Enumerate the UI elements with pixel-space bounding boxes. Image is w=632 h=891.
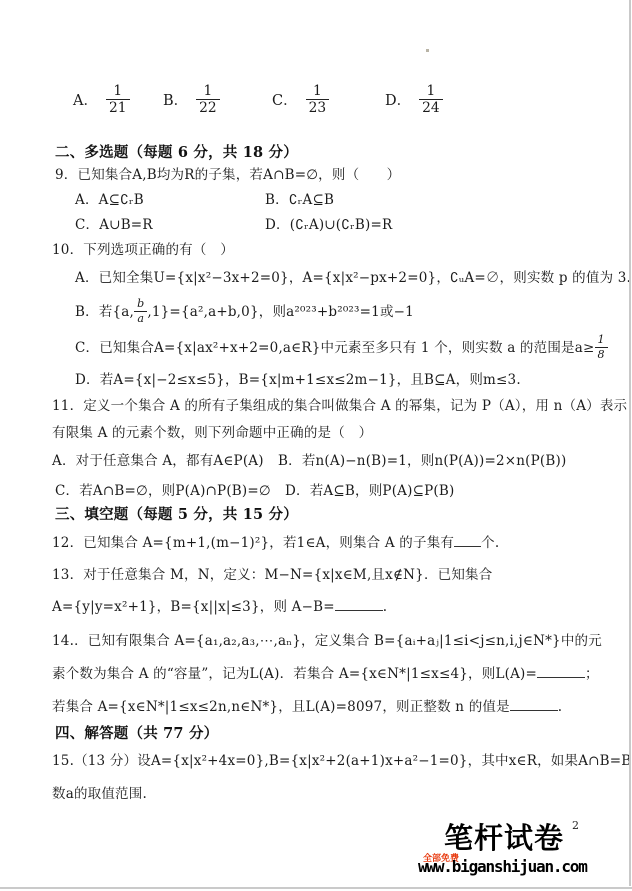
- question-9-stem: 9．已知集合A,B均为R的子集，若A∩B=∅，则（ ）: [55, 163, 400, 183]
- option-label: C．: [272, 89, 298, 110]
- question-9-option-b: B．∁ᵣA⊆B: [265, 188, 334, 208]
- fraction-b-over-a: ba: [134, 298, 147, 324]
- question-10-option-b: B．若{a,ba,1}={a²,a+b,0}，则a²⁰²³+b²⁰²³=1或−1: [75, 298, 414, 324]
- question-11-option-c: C．若A∩B=∅，则P(A)∩P(B)=∅: [55, 479, 271, 499]
- question-10-option-a: A．已知全集U={x|x²−3x+2=0}，A={x|x²−px+2=0}，∁ᵤ…: [75, 266, 631, 286]
- question-8-option-a: A． 1 21: [73, 84, 130, 116]
- brand-logo: 笔杆试卷: [444, 816, 564, 857]
- answer-blank: [335, 597, 383, 612]
- option-label: A．: [73, 89, 98, 110]
- question-11-option-d: D．若A⊆B，则P(A)⊆P(B): [285, 479, 454, 499]
- section-4-heading: 四、解答题（共 77 分）: [55, 722, 218, 743]
- question-10-option-d: D．若A={x|−2≤x≤5}，B={x|m+1≤x≤2m−1}，且B⊆A，则m…: [75, 368, 521, 388]
- fraction: 1 21: [106, 84, 130, 116]
- page-number: 2: [572, 819, 579, 832]
- scan-speck: [426, 49, 429, 52]
- question-8-option-d: D． 1 24: [385, 84, 443, 116]
- option-label: D．: [385, 89, 411, 110]
- fraction: 1 24: [419, 84, 443, 116]
- question-15-line1: 15.（13 分）设A={x|x²+4x=0},B={x|x²+2(a+1)x+…: [52, 749, 632, 769]
- question-11-option-b: B．若n(A)−n(B)=1，则n(P(A))=2×n(P(B)): [278, 449, 566, 469]
- page-right-edge: [629, 0, 631, 886]
- question-14-line3: 若集合 A={x∈N*|1≤x≤2n,n∈N*}，且L(A)=8097，则正整数…: [52, 695, 562, 715]
- question-14-line2: 素个数为集合 A 的“容量”，记为L(A)．若集合 A={x∈N*|1≤x≤4}…: [52, 662, 599, 682]
- question-8-option-b: B． 1 22: [163, 84, 220, 116]
- question-13-line1: 13．对于任意集合 M，N，定义：M−N={x|x∈M,且x∉N}．已知集合: [52, 563, 492, 583]
- question-12: 12．已知集合 A={m+1,(m−1)²}，若1∈A，则集合 A 的子集有个.: [52, 531, 499, 551]
- question-9-option-d: D．(∁ᵣA)∪(∁ᵣB)=R: [265, 213, 392, 233]
- fraction: 1 23: [306, 84, 330, 116]
- question-15-line2: 数a的取值范围.: [52, 782, 147, 802]
- answer-blank: [454, 533, 481, 548]
- question-10-option-c: C．已知集合A={x|ax²+x+2=0,a∈R}中元素至多只有 1 个，则实数…: [75, 334, 608, 360]
- page-bottom-edge: [0, 887, 632, 889]
- question-9-option-c: C．A∪B=R: [75, 213, 153, 233]
- question-8-option-c: C． 1 23: [272, 84, 329, 116]
- site-url: www.biganshijuan.com: [418, 857, 587, 876]
- answer-blank: [537, 664, 585, 679]
- fraction: 1 22: [196, 84, 220, 116]
- question-11-stem-line2: 有限集 A 的元素个数，则下列命题中正确的是（ ）: [52, 421, 372, 441]
- section-2-heading: 二、多选题（每题 6 分，共 18 分）: [55, 141, 298, 162]
- fraction-one-eighth: 18: [595, 334, 608, 360]
- section-3-heading: 三、填空题（每题 5 分，共 15 分）: [55, 503, 298, 524]
- question-11-stem-line1: 11．定义一个集合 A 的所有子集组成的集合叫做集合 A 的幂集，记为 P（A）…: [52, 394, 627, 414]
- question-13-line2: A={y|y=x²+1}，B={x||x|≤3}，则 A−B=.: [52, 595, 387, 615]
- question-11-option-a: A．对于任意集合 A，都有A∈P(A): [52, 449, 264, 469]
- question-9-option-a: A．A⊆∁ᵣB: [75, 188, 144, 208]
- answer-blank: [510, 697, 558, 712]
- option-label: B．: [163, 89, 188, 110]
- question-14-line1: 14.．已知有限集合 A={a₁,a₂,a₃,⋯,aₙ}，定义集合 B={aᵢ+…: [52, 629, 602, 649]
- question-10-stem: 10．下列选项正确的有（ ）: [52, 238, 234, 258]
- exam-paper-page: A． 1 21 B． 1 22 C． 1 23 D． 1 24: [0, 0, 632, 891]
